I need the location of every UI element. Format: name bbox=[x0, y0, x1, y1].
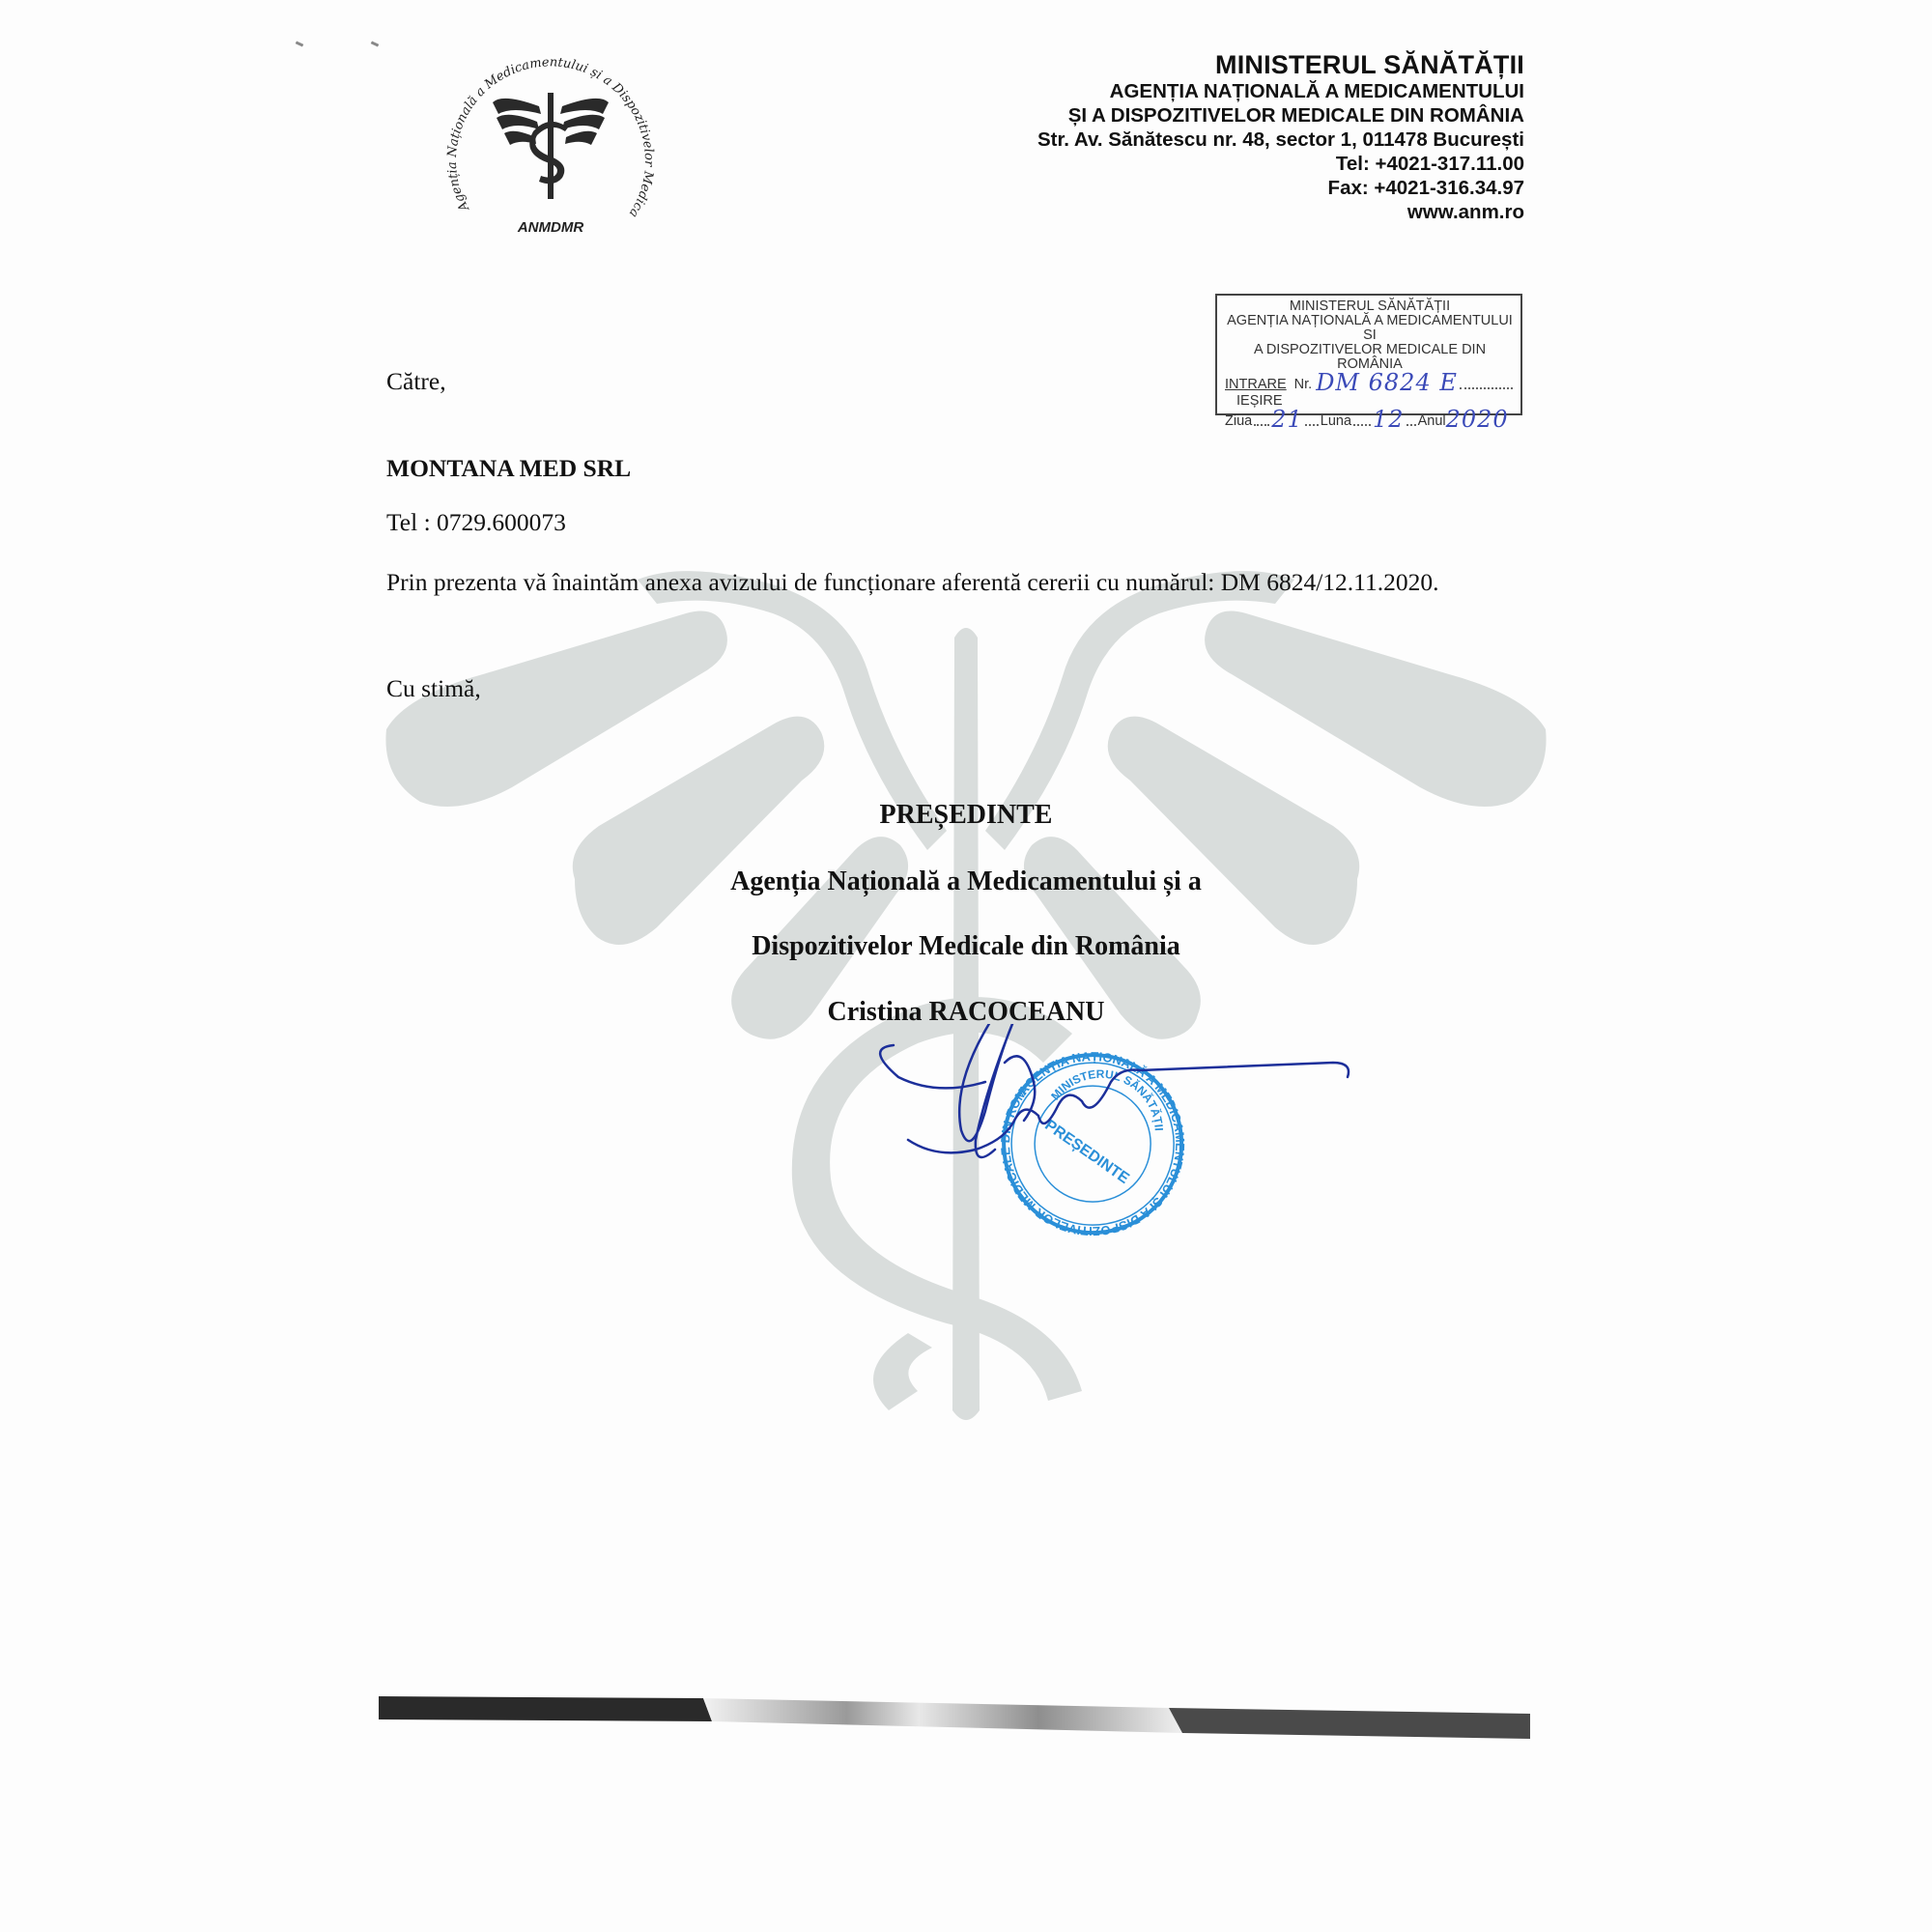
scan-mark bbox=[371, 41, 380, 46]
stamp-line-2: AGENȚIA NAȚIONALĂ A MEDICAMENTULUI SI bbox=[1225, 314, 1515, 343]
letter-body: Prin prezenta vă înaintăm anexa avizului… bbox=[386, 568, 1438, 597]
stamp-nr-label: Nr. bbox=[1294, 377, 1313, 392]
scan-mark bbox=[296, 41, 304, 46]
closing: Cu stimă, bbox=[386, 674, 481, 703]
official-seal-icon: AGENȚIA NAȚIONALĂ A MEDICAMENTULUI ȘI A … bbox=[869, 1024, 1246, 1256]
stamp-anul-value: 2020 bbox=[1446, 410, 1509, 429]
agency-address: Str. Av. Sănătescu nr. 48, sector 1, 011… bbox=[1037, 128, 1524, 152]
stamp-dots bbox=[1305, 423, 1319, 426]
anmdmr-logo: Agenția Națională a Medicamentului și a … bbox=[435, 27, 667, 244]
stamp-line-3: A DISPOZITIVELOR MEDICALE DIN ROMÂNIA bbox=[1225, 343, 1515, 372]
registry-stamp: MINISTERUL SĂNĂTĂȚII AGENȚIA NAȚIONALĂ A… bbox=[1215, 294, 1522, 415]
caduceus-icon bbox=[493, 93, 609, 199]
agency-line-2: ȘI A DISPOZITIVELOR MEDICALE DIN ROMÂNIA bbox=[1037, 103, 1524, 128]
salutation: Către, bbox=[386, 367, 446, 396]
stamp-line-1: MINISTERUL SĂNĂTĂȚII bbox=[1225, 299, 1515, 314]
document-page: Agenția Națională a Medicamentului și a … bbox=[0, 0, 1932, 1932]
recipient-name: MONTANA MED SRL bbox=[386, 454, 631, 483]
stamp-luna-label: Luna bbox=[1321, 413, 1351, 429]
stamp-dots bbox=[1460, 386, 1513, 389]
ministry-name: MINISTERUL SĂNĂTĂȚII bbox=[1037, 50, 1524, 79]
stamp-dots bbox=[1406, 423, 1416, 426]
stamp-intrare-label: INTRARE bbox=[1225, 377, 1287, 392]
stamp-number-row: INTRARE Nr. DM 6824 E bbox=[1225, 373, 1515, 392]
svg-text:PREȘEDINTE: PREȘEDINTE bbox=[1041, 1117, 1132, 1187]
stamp-ziua-value: 21 bbox=[1271, 410, 1303, 429]
caduceus-watermark-icon bbox=[367, 560, 1565, 1430]
stamp-dots bbox=[1353, 423, 1371, 426]
recipient-phone: Tel : 0729.600073 bbox=[386, 508, 566, 537]
agency-fax: Fax: +4021-316.34.97 bbox=[1037, 176, 1524, 200]
letterhead: MINISTERUL SĂNĂTĂȚII AGENȚIA NAȚIONALĂ A… bbox=[1037, 50, 1524, 224]
stamp-dots bbox=[1254, 423, 1269, 426]
agency-website: www.anm.ro bbox=[1037, 200, 1524, 224]
stamp-nr-value: DM 6824 E bbox=[1316, 373, 1458, 392]
agency-tel: Tel: +4021-317.11.00 bbox=[1037, 152, 1524, 176]
seal-and-signature: AGENȚIA NAȚIONALĂ A MEDICAMENTULUI ȘI A … bbox=[869, 1024, 1410, 1256]
stamp-ziua-label: Ziua bbox=[1225, 413, 1252, 429]
footer-decorative-band bbox=[379, 1692, 1530, 1741]
signatory-title: PREȘEDINTE bbox=[0, 800, 1932, 831]
stamp-luna-value: 12 bbox=[1373, 410, 1405, 429]
signatory-org-line-2: Dispozitivelor Medicale din România bbox=[0, 931, 1932, 962]
agency-line-1: AGENȚIA NAȚIONALĂ A MEDICAMENTULUI bbox=[1037, 79, 1524, 103]
signatory-org-line-1: Agenția Națională a Medicamentului și a bbox=[0, 867, 1932, 897]
stamp-anul-label: Anul bbox=[1418, 413, 1446, 429]
stamp-date-row: Ziua 21 Luna 12 Anul 2020 bbox=[1225, 410, 1515, 429]
logo-acronym: ANMDMR bbox=[517, 219, 583, 236]
